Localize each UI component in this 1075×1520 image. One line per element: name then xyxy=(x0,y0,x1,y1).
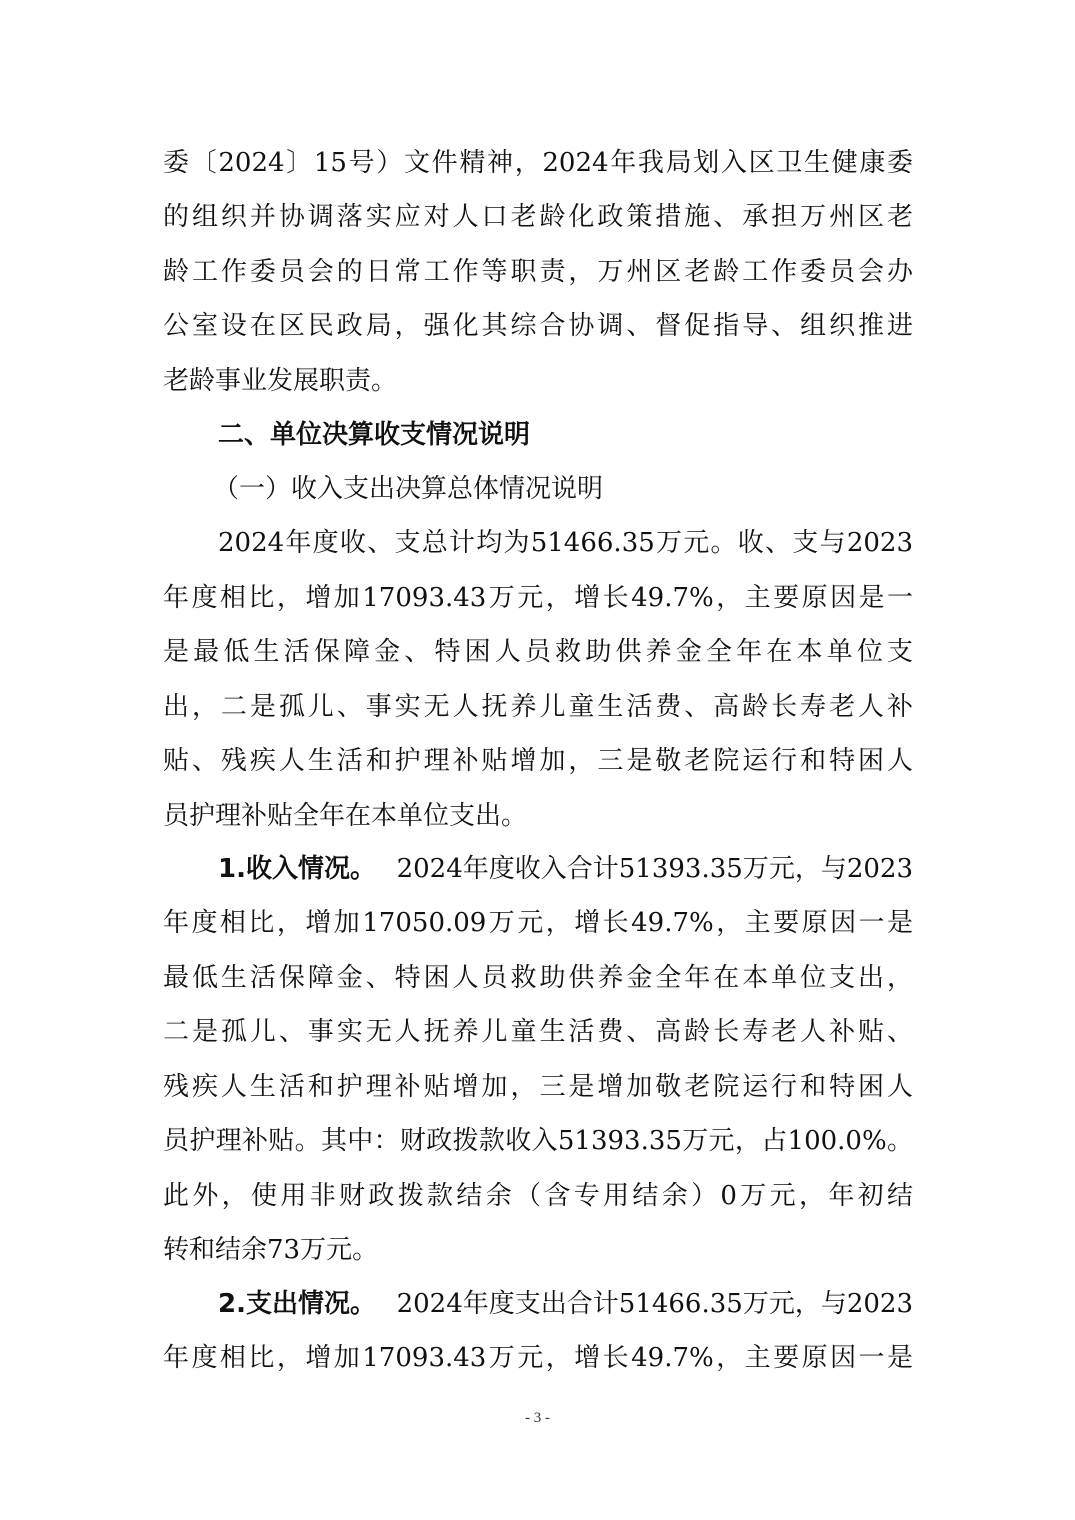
income-line: 年度相比，增加17050.09万元，增长49.7%，主要原因一是 xyxy=(163,903,913,943)
income-line: 转和结余73万元。 xyxy=(163,1230,913,1270)
expenditure-line: 年度相比，增加17093.43万元，增长49.7%，主要原因一是 xyxy=(163,1338,913,1378)
overview-line: 年度相比，增加17093.43万元，增长49.7%，主要原因是一 xyxy=(163,578,913,618)
income-line: 员护理补贴。其中：财政拨款收入51393.35万元，占100.0%。 xyxy=(163,1121,913,1161)
paragraph-line: 公室设在区民政局，强化其综合协调、督促指导、组织推进 xyxy=(163,306,913,346)
income-line: 二是孤儿、事实无人抚养儿童生活费、高龄长寿老人补贴、 xyxy=(163,1012,913,1052)
paragraph-line: 委〔2024〕15号）文件精神，2024年我局划入区卫生健康委 xyxy=(163,143,913,183)
expenditure-first-line: 2.支出情况。2024年度支出合计51466.35万元，与2023 xyxy=(218,1284,913,1324)
document-page: 委〔2024〕15号）文件精神，2024年我局划入区卫生健康委 的组织并协调落实… xyxy=(0,0,1075,1520)
subsection-heading: （一）收入支出决算总体情况说明 xyxy=(213,469,913,509)
income-first-line: 1.收入情况。2024年度收入合计51393.35万元，与2023 xyxy=(218,849,913,889)
income-line: 此外，使用非财政拨款结余（含专用结余）0万元，年初结 xyxy=(163,1176,913,1216)
income-line: 最低生活保障金、特困人员救助供养金全年在本单位支出， xyxy=(163,958,913,998)
overview-line: 员护理补贴全年在本单位支出。 xyxy=(163,796,913,836)
paragraph-line: 龄工作委员会的日常工作等职责，万州区老龄工作委员会办 xyxy=(163,252,913,292)
overview-line: 是最低生活保障金、特困人员救助供养金全年在本单位支 xyxy=(163,632,913,672)
income-first-line-text: 2024年度收入合计51393.35万元，与2023 xyxy=(397,849,913,889)
overview-line: 出，二是孤儿、事实无人抚养儿童生活费、高龄长寿老人补 xyxy=(163,687,913,727)
paragraph-line: 的组织并协调落实应对人口老龄化政策措施、承担万州区老 xyxy=(163,197,913,237)
overview-line: 2024年度收、支总计均为51466.35万元。收、支与2023 xyxy=(218,523,913,563)
expenditure-first-line-text: 2024年度支出合计51466.35万元，与2023 xyxy=(397,1284,913,1324)
income-line: 残疾人生活和护理补贴增加，三是增加敬老院运行和特困人 xyxy=(163,1067,913,1107)
income-label: 1.收入情况。 xyxy=(218,849,376,889)
page-number: - 3 - xyxy=(0,1410,1075,1427)
paragraph-line: 老龄事业发展职责。 xyxy=(163,361,913,401)
expenditure-label: 2.支出情况。 xyxy=(218,1284,376,1324)
overview-line: 贴、残疾人生活和护理补贴增加，三是敬老院运行和特困人 xyxy=(163,741,913,781)
section-heading: 二、单位决算收支情况说明 xyxy=(218,415,913,455)
